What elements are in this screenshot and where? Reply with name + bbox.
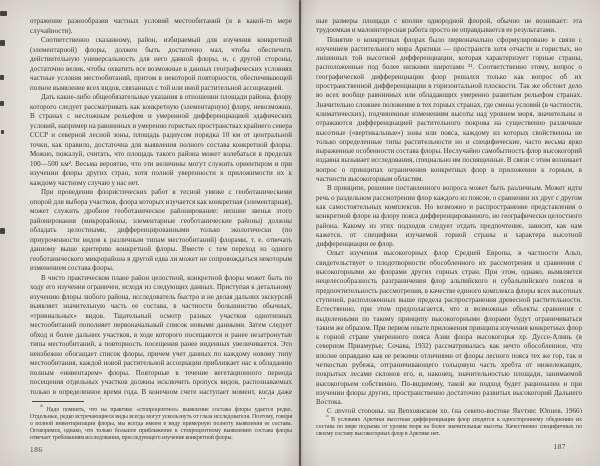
scan-artifact	[0, 228, 5, 234]
scan-artifact	[1, 130, 4, 134]
paragraph: Соответственно сказанному, район, избира…	[30, 36, 292, 93]
paragraph: В чисто практическом плане район целостн…	[30, 274, 292, 400]
page-left-footnotes: ³⁰ Надо помнить, что на практике «стопро…	[30, 407, 292, 442]
paragraph: ные размеры площади с вполне однородной …	[316, 17, 582, 36]
page-left-body-text: отражение разнообразия частных условий м…	[30, 17, 292, 399]
book-spread: отражение разнообразия частных условий м…	[0, 0, 600, 466]
scan-artifact	[0, 40, 5, 46]
page-right-body-text: ные размеры площади с вполне однородной …	[316, 17, 582, 413]
page-left: отражение разнообразия частных условий м…	[30, 0, 292, 466]
paragraph: При проведении флористических работ в те…	[30, 188, 292, 274]
page-right-footnotes: ³¹ В условиях Арктики высотная дифференц…	[316, 417, 582, 438]
footnote-marker: ³⁰	[40, 404, 47, 409]
scan-artifact	[0, 101, 4, 106]
page-number-right: 187	[553, 443, 566, 451]
binding-gutter-line	[299, 0, 301, 466]
scan-artifact	[0, 11, 7, 16]
paragraph: Дать какие-либо общеобязательные указани…	[30, 93, 292, 188]
paragraph: Опыт изучения высокогорных флор Средней …	[316, 249, 582, 407]
paragraph: Понятие о конкретных флорах было первона…	[316, 36, 582, 185]
paragraph: В принципе, решение поставленного вопрос…	[316, 184, 582, 249]
scan-artifact	[0, 75, 4, 80]
page-right: ные размеры площади с вполне однородной …	[316, 0, 582, 466]
page-number-left: 186	[30, 446, 43, 454]
footnote-rule	[32, 401, 84, 402]
footnote-marker: ³¹	[326, 414, 331, 419]
footnote: ³⁰ Надо помнить, что на практике «стопро…	[30, 407, 292, 442]
paragraph: С другой стороны, на Верхоянском хр. (на…	[316, 407, 582, 413]
footnote: ³¹ В условиях Арктики высотная дифференц…	[316, 417, 582, 438]
paragraph: отражение разнообразия частных условий м…	[30, 17, 292, 36]
